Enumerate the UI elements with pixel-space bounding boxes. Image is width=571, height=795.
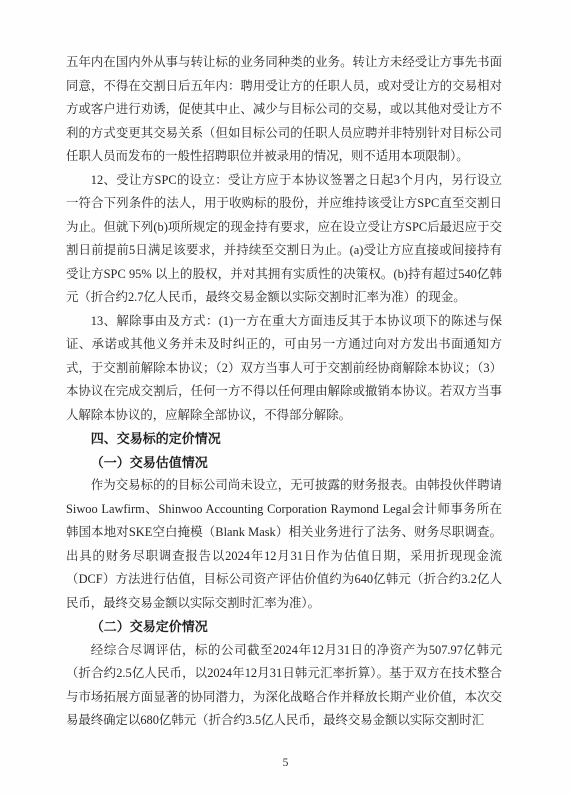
page-number: 5 [0, 755, 571, 771]
paragraph-pricing-details: 经综合尽调评估，标的公司截至2024年12月31日的净资产为507.97亿韩元（… [66, 639, 502, 733]
section-heading-transaction-pricing: 四、交易标的定价情况 [66, 427, 502, 451]
paragraph-valuation-details: 作为交易标的的目标公司尚未设立，无可披露的财务报表。由韩投伙伴聘请Siwoo L… [66, 474, 502, 615]
subsection-heading-valuation: （一）交易估值情况 [66, 451, 502, 475]
paragraph-item-12-spc-establishment: 12、受让方SPC的设立：受让方应于本协议签署之日起3个月内，另行设立一符合下列… [66, 169, 502, 310]
subsection-heading-pricing: （二）交易定价情况 [66, 615, 502, 639]
paragraph-item-13-termination: 13、解除事由及方式：(1)一方在重大方面违反其于本协议项下的陈述与保证、承诺或… [66, 310, 502, 428]
document-page: 五年内在国内外从事与转让标的业务同种类的业务。转让方未经受让方事先书面同意，不得… [0, 0, 571, 795]
document-body: 五年内在国内外从事与转让标的业务同种类的业务。转让方未经受让方事先书面同意，不得… [66, 51, 502, 733]
paragraph-noncompete-continuation: 五年内在国内外从事与转让标的业务同种类的业务。转让方未经受让方事先书面同意，不得… [66, 51, 502, 169]
